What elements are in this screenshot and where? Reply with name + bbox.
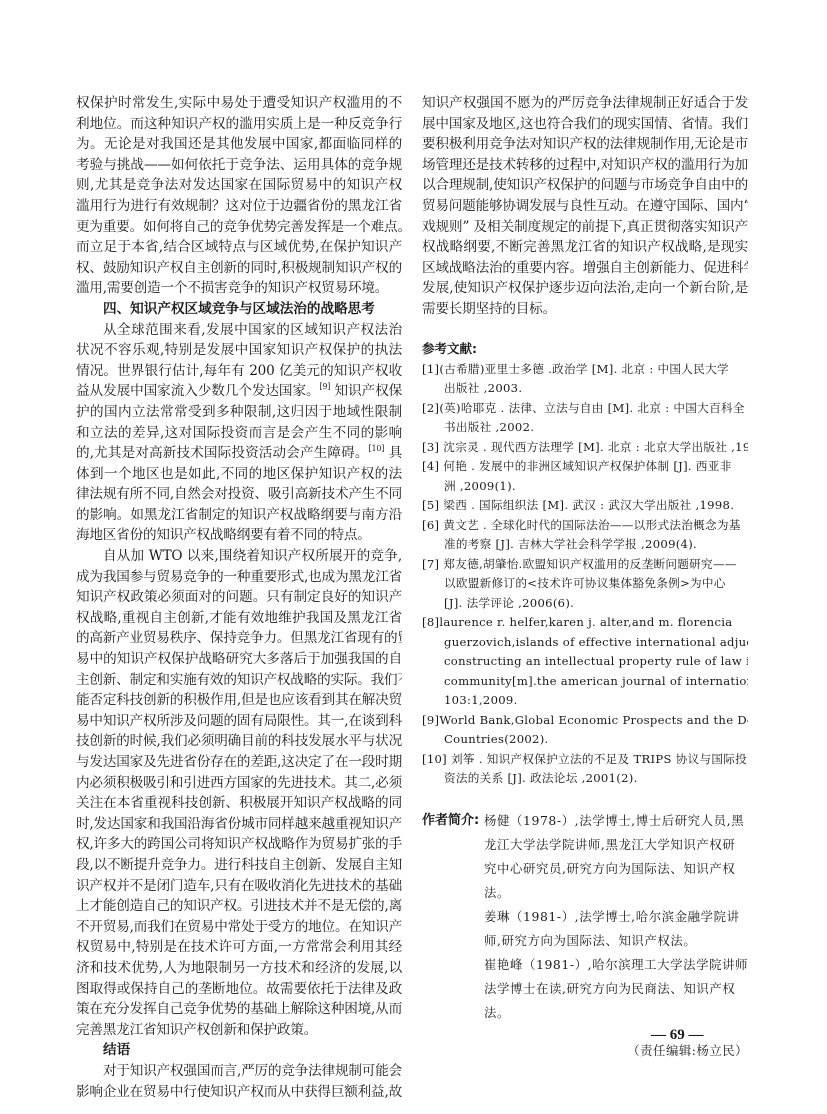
body-text-line: 状况不容乐观,特别是发展中国家知识产权保护的执法 xyxy=(76,340,402,361)
text-span: 从全球范围来看,发展中国家的区域知识产权法治 xyxy=(103,322,402,338)
body-text-line: 贸易问题能够协调发展与良性互动。在遵守国际、国内“游 xyxy=(422,196,748,217)
body-text-line: 技创新的时候,我们必须明确目前的科技发展水平与状况 xyxy=(76,731,402,752)
reference-line: [3] 沈宗灵 . 现代西方法理学 [M]. 北京 : 北京大学出版社 ,199… xyxy=(422,438,748,458)
reference-line: [4] 何艳 . 发展中的非洲区域知识产权保护体制 [J]. 西亚非 xyxy=(422,457,748,477)
body-text-line: 不开贸易,而我们在贸易中常处于受方的地位。在知识产 xyxy=(76,917,402,938)
reference-line: [8]laurence r. helfer,karen j. alter,and… xyxy=(422,613,748,633)
body-text-line: 易中的知识产权保护战略研究大多落后于加强我国的自 xyxy=(76,649,402,670)
reference-item: [4] 何艳 . 发展中的非洲区域知识产权保护体制 [J]. 西亚非洲 ,200… xyxy=(422,457,748,496)
reference-line: 准的考察 [J]. 吉林大学社会科学学报 ,2009(4). xyxy=(422,535,748,555)
body-text-line: 滥用行为进行有效规制？这对位于边疆省份的黑龙江省 xyxy=(76,196,402,217)
body-text-line: 权战略,重视自主创新,才能有效地维护我国及黑龙江省 xyxy=(76,608,402,629)
author-bio-line: 杨健（1978-）,法学博士,博士后研究人员,黑 xyxy=(484,809,748,833)
body-text-line: 利地位。而这种知识产权的滥用实质上是一种反竞争行 xyxy=(76,114,402,135)
body-text-line: 滥用,需要创造一个不损害竞争的知识产权贸易环境。 xyxy=(76,278,402,299)
body-text-line: 知识产权政策必须面对的问题。只有制定良好的知识产 xyxy=(76,587,402,608)
body-text-line: 的影响。如黑龙江省制定的知识产权战略纲要与南方沿 xyxy=(76,505,402,526)
body-text-line: 内必须积极吸引和引进西方国家的先进技术。其二,必须 xyxy=(76,773,402,794)
reference-line: [7] 郑友德,胡肇怡.欧盟知识产权滥用的反垄断问题研究—— xyxy=(422,555,748,575)
body-text-line: 易中知识产权所涉及问题的固有局限性。其一,在谈到科 xyxy=(76,711,402,732)
reference-line: community[m].the american journal of int… xyxy=(422,672,748,692)
reference-line: [5] 梁西 . 国际组织法 [M]. 武汉 : 武汉大学出版社 ,1998. xyxy=(422,496,748,516)
text-span: 情况。世界银行估计,每年有 200 亿美元的知识产权收 xyxy=(76,363,402,379)
body-text-line: 主创新、制定和实施有效的知识产权战略的实际。我们不 xyxy=(76,670,402,691)
body-text-line: 的高新产业贸易秩序、保持竞争力。但黑龙江省现有的贸 xyxy=(76,628,402,649)
body-text-line: 成为我国参与贸易竞争的一种重要形式,也成为黑龙江省 xyxy=(76,567,402,588)
body-text-line: 时,发达国家和我国沿海省份城市同样越来越重视知识产 xyxy=(76,814,402,835)
text-span: 律法规有所不同,自然会对投资、吸引高新技术产生不同 xyxy=(76,486,402,502)
reference-line: 以欧盟新修订的<技术许可协议集体豁免条例>为中心 xyxy=(422,574,748,594)
body-text-line: 情况。世界银行估计,每年有 200 亿美元的知识产权收 xyxy=(76,361,402,382)
body-text-line: 策在充分发挥自己竞争优势的基础上解除这种困境,从而 xyxy=(76,999,402,1020)
reference-line: [9]World Bank,Global Economic Prospects … xyxy=(422,711,748,731)
text-span: 具 xyxy=(384,445,402,461)
body-text-line: 以合理规制,使知识产权保护的问题与市场竞争自由中的 xyxy=(422,175,748,196)
right-column: 知识产权强国不愿为的严厉竞争法律规制正好适合于发展中国家及地区,这也符合我们的现… xyxy=(422,93,748,1063)
reference-item: [10] 刘筝 . 知识产权保护立法的不足及 TRIPS 协议与国际投资法的关系… xyxy=(422,750,748,789)
body-text-line: 权战略纲要,不断完善黑龙江省的知识产权战略,是现实 xyxy=(422,237,748,258)
body-text-line: 权贸易中,特别是在技术许可方面,一方常常会利用其经 xyxy=(76,937,402,958)
body-text-line: 图取得或保持自己的垄断地位。故需要依托于法律及政 xyxy=(76,979,402,1000)
body-text-line: 体到一个地区也是如此,不同的地区保护知识产权的法 xyxy=(76,464,402,485)
body-text-line: 段,以不断提升竞争力。进行科技自主创新、发展自主知 xyxy=(76,855,402,876)
author-bio: 作者简介:杨健（1978-）,法学博士,博士后研究人员,黑龙江大学法学院讲师,黑… xyxy=(422,809,748,1025)
body-text-line: 自从加 WTO 以来,围绕着知识产权所展开的竞争, xyxy=(76,546,402,567)
body-text-line: 能否定科技创新的积极作用,但是也应该看到其在解决贸 xyxy=(76,690,402,711)
section-heading: 四、知识产权区域竞争与区域法治的战略思考 xyxy=(76,299,402,320)
author-bio-line: 法。 xyxy=(484,1001,748,1025)
body-text-line: 为。无论是对我国还是其他发展中国家,都面临同样的 xyxy=(76,134,402,155)
citation-marker: [10] xyxy=(369,444,385,453)
body-text-line: 和立法的差异,这对国际投资而言是会产生不同的影响 xyxy=(76,423,402,444)
body-text-line: 则,尤其是竞争法对发达国家在国际贸易中的知识产权 xyxy=(76,175,402,196)
body-text-line: 的,尤其是对高新技术国际投资活动会产生障碍。[10] 具 xyxy=(76,443,402,464)
text-span: 的影响。如黑龙江省制定的知识产权战略纲要与南方沿 xyxy=(76,507,402,523)
author-bio-line: 法学博士在读,研究方向为民商法、知识产权 xyxy=(484,977,748,1001)
reference-item: [9]World Bank,Global Economic Prospects … xyxy=(422,711,748,750)
references-title: 参考文献: xyxy=(422,338,748,360)
reference-item: [2](英)哈耶克 . 法律、立法与自由 [M]. 北京 : 中国大百科全书出版… xyxy=(422,399,748,438)
body-text-line: 上才能创造自己的知识产权。引进技术并不是无偿的,离 xyxy=(76,896,402,917)
reference-line: [2](英)哈耶克 . 法律、立法与自由 [M]. 北京 : 中国大百科全 xyxy=(422,399,748,419)
reference-line: [1](古希腊)亚里士多德 .政治学 [M]. 北京 : 中国人民大学 xyxy=(422,360,748,380)
text-span: 知识产权保 xyxy=(330,383,402,399)
citation-marker: [9] xyxy=(320,382,331,391)
author-bio-line: 崔艳峰（1981-）,哈尔滨理工大学法学院讲师, xyxy=(484,953,748,977)
body-text-line: 济和技术优势,人为地限制另一方技术和经济的发展,以 xyxy=(76,958,402,979)
body-text-line: 影响企业在贸易中行使知识产权而从中获得巨额利益,故 xyxy=(76,1082,402,1103)
reference-line: [6] 黄文艺 . 全球化时代的国际法治——以形式法治概念为基 xyxy=(422,516,748,536)
left-column: 权保护时常发生,实际中易处于遭受知识产权滥用的不利地位。而这种知识产权的滥用实质… xyxy=(76,93,402,1102)
body-text-line: 戏规则” 及相关制度规定的前提下,真正贯彻落实知识产 xyxy=(422,217,748,238)
body-text-line: 关注在本省重视科技创新、积极展开知识产权战略的同 xyxy=(76,793,402,814)
reference-line: 洲 ,2009(1). xyxy=(422,477,748,497)
text-span: 的,尤其是对高新技术国际投资活动会产生障碍。 xyxy=(76,445,369,461)
body-text-line: 识产权并不是闭门造车,只有在吸收消化先进技术的基础 xyxy=(76,876,402,897)
body-text-line: 从全球范围来看,发展中国家的区域知识产权法治 xyxy=(76,320,402,341)
body-text-line: 知识产权强国不愿为的严厉竞争法律规制正好适合于发 xyxy=(422,93,748,114)
body-text-line: 区域战略法治的重要内容。增强自主创新能力、促进科学 xyxy=(422,258,748,279)
body-text-line: 场管理还是技术转移的过程中,对知识产权的滥用行为加 xyxy=(422,155,748,176)
text-span: 护的国内立法常常受到多种限制,这归因于地域性限制 xyxy=(76,404,402,420)
reference-item: [6] 黄文艺 . 全球化时代的国际法治——以形式法治概念为基准的考察 [J].… xyxy=(422,516,748,555)
body-text-line: 与发达国家及先进省份存在的差距,这决定了在一段时期 xyxy=(76,752,402,773)
reference-item: [8]laurence r. helfer,karen j. alter,and… xyxy=(422,613,748,711)
body-text-line: 完善黑龙江省知识产权创新和保护政策。 xyxy=(76,1020,402,1041)
body-text-line: 海地区省份的知识产权战略纲要有着不同的特点。 xyxy=(76,525,402,546)
reference-line: 出版社 ,2003. xyxy=(422,379,748,399)
text-span: 海地区省份的知识产权战略纲要有着不同的特点。 xyxy=(76,527,371,543)
author-bio-line: 龙江大学法学院讲师,黑龙江大学知识产权研 xyxy=(484,833,748,857)
body-text-line: 而立足于本省,结合区域特点与区域优势,在保护知识产 xyxy=(76,237,402,258)
reference-line: constructing an intellectual property ru… xyxy=(422,652,748,672)
body-text-line: 考验与挑战——如何依托于竞争法、运用具体的竞争规 xyxy=(76,155,402,176)
reference-item: [1](古希腊)亚里士多德 .政治学 [M]. 北京 : 中国人民大学出版社 ,… xyxy=(422,360,748,399)
reference-item: [7] 郑友德,胡肇怡.欧盟知识产权滥用的反垄断问题研究——以欧盟新修订的<技术… xyxy=(422,555,748,614)
body-text-line: 权,许多大的跨国公司将知识产权战略作为贸易扩张的手 xyxy=(76,834,402,855)
reference-line: 书出版社 ,2002. xyxy=(422,418,748,438)
body-text-line: 需要长期坚持的目标。 xyxy=(422,299,748,320)
body-text-line: 发展,使知识产权保护逐步迈向法治,走向一个新台阶,是 xyxy=(422,278,748,299)
reference-line: guerzovich,islands of effective internat… xyxy=(422,633,748,653)
reference-line: [J]. 法学评论 ,2006(6). xyxy=(422,594,748,614)
text-span: 和立法的差异,这对国际投资而言是会产生不同的影响 xyxy=(76,425,402,441)
reference-line: 资法的关系 [J]. 政法论坛 ,2001(2). xyxy=(422,769,748,789)
author-bio-label: 作者简介: xyxy=(422,809,479,833)
body-text-line: 权、鼓励知识产权自主创新的同时,积极规制知识产权的 xyxy=(76,258,402,279)
author-bio-line: 究中心研究员,研究方向为国际法、知识产权 xyxy=(484,857,748,881)
reference-line: Countries(2002). xyxy=(422,730,748,750)
author-bio-line: 姜琳（1981-）,法学博士,哈尔滨金融学院讲 xyxy=(484,905,748,929)
reference-item: [5] 梁西 . 国际组织法 [M]. 武汉 : 武汉大学出版社 ,1998. xyxy=(422,496,748,516)
body-text-line: 更为重要。如何将自己的竞争优势完善发挥是一个难点。 xyxy=(76,217,402,238)
page-number: — 69 — xyxy=(651,1027,704,1044)
text-span: 状况不容乐观,特别是发展中国家知识产权保护的执法 xyxy=(76,342,402,358)
reference-item: [3] 沈宗灵 . 现代西方法理学 [M]. 北京 : 北京大学出版社 ,199… xyxy=(422,438,748,458)
body-text-line: 益从发展中国家流入少数几个发达国家。[9] 知识产权保 xyxy=(76,381,402,402)
author-bio-line: 法。 xyxy=(484,881,748,905)
author-bio-body: 杨健（1978-）,法学博士,博士后研究人员,黑龙江大学法学院讲师,黑龙江大学知… xyxy=(484,809,748,1025)
author-bio-line: 师,研究方向为国际法、知识产权法。 xyxy=(484,929,748,953)
body-text-line: 律法规有所不同,自然会对投资、吸引高新技术产生不同 xyxy=(76,484,402,505)
reference-line: 103:1,2009. xyxy=(422,691,748,711)
reference-line: [10] 刘筝 . 知识产权保护立法的不足及 TRIPS 协议与国际投 xyxy=(422,750,748,770)
conclusion-heading: 结语 xyxy=(76,1040,402,1061)
text-span: 体到一个地区也是如此,不同的地区保护知识产权的法 xyxy=(76,466,402,482)
body-text-line: 展中国家及地区,这也符合我们的现实国情、省情。我们 xyxy=(422,114,748,135)
body-text-line: 护的国内立法常常受到多种限制,这归因于地域性限制 xyxy=(76,402,402,423)
text-span: 益从发展中国家流入少数几个发达国家。 xyxy=(76,383,320,399)
body-text-line: 对于知识产权强国而言,严厉的竞争法律规制可能会 xyxy=(76,1061,402,1082)
body-text-line: 要积极利用竞争法对知识产权的法律规制作用,无论是市 xyxy=(422,134,748,155)
body-text-line: 权保护时常发生,实际中易处于遭受知识产权滥用的不 xyxy=(76,93,402,114)
